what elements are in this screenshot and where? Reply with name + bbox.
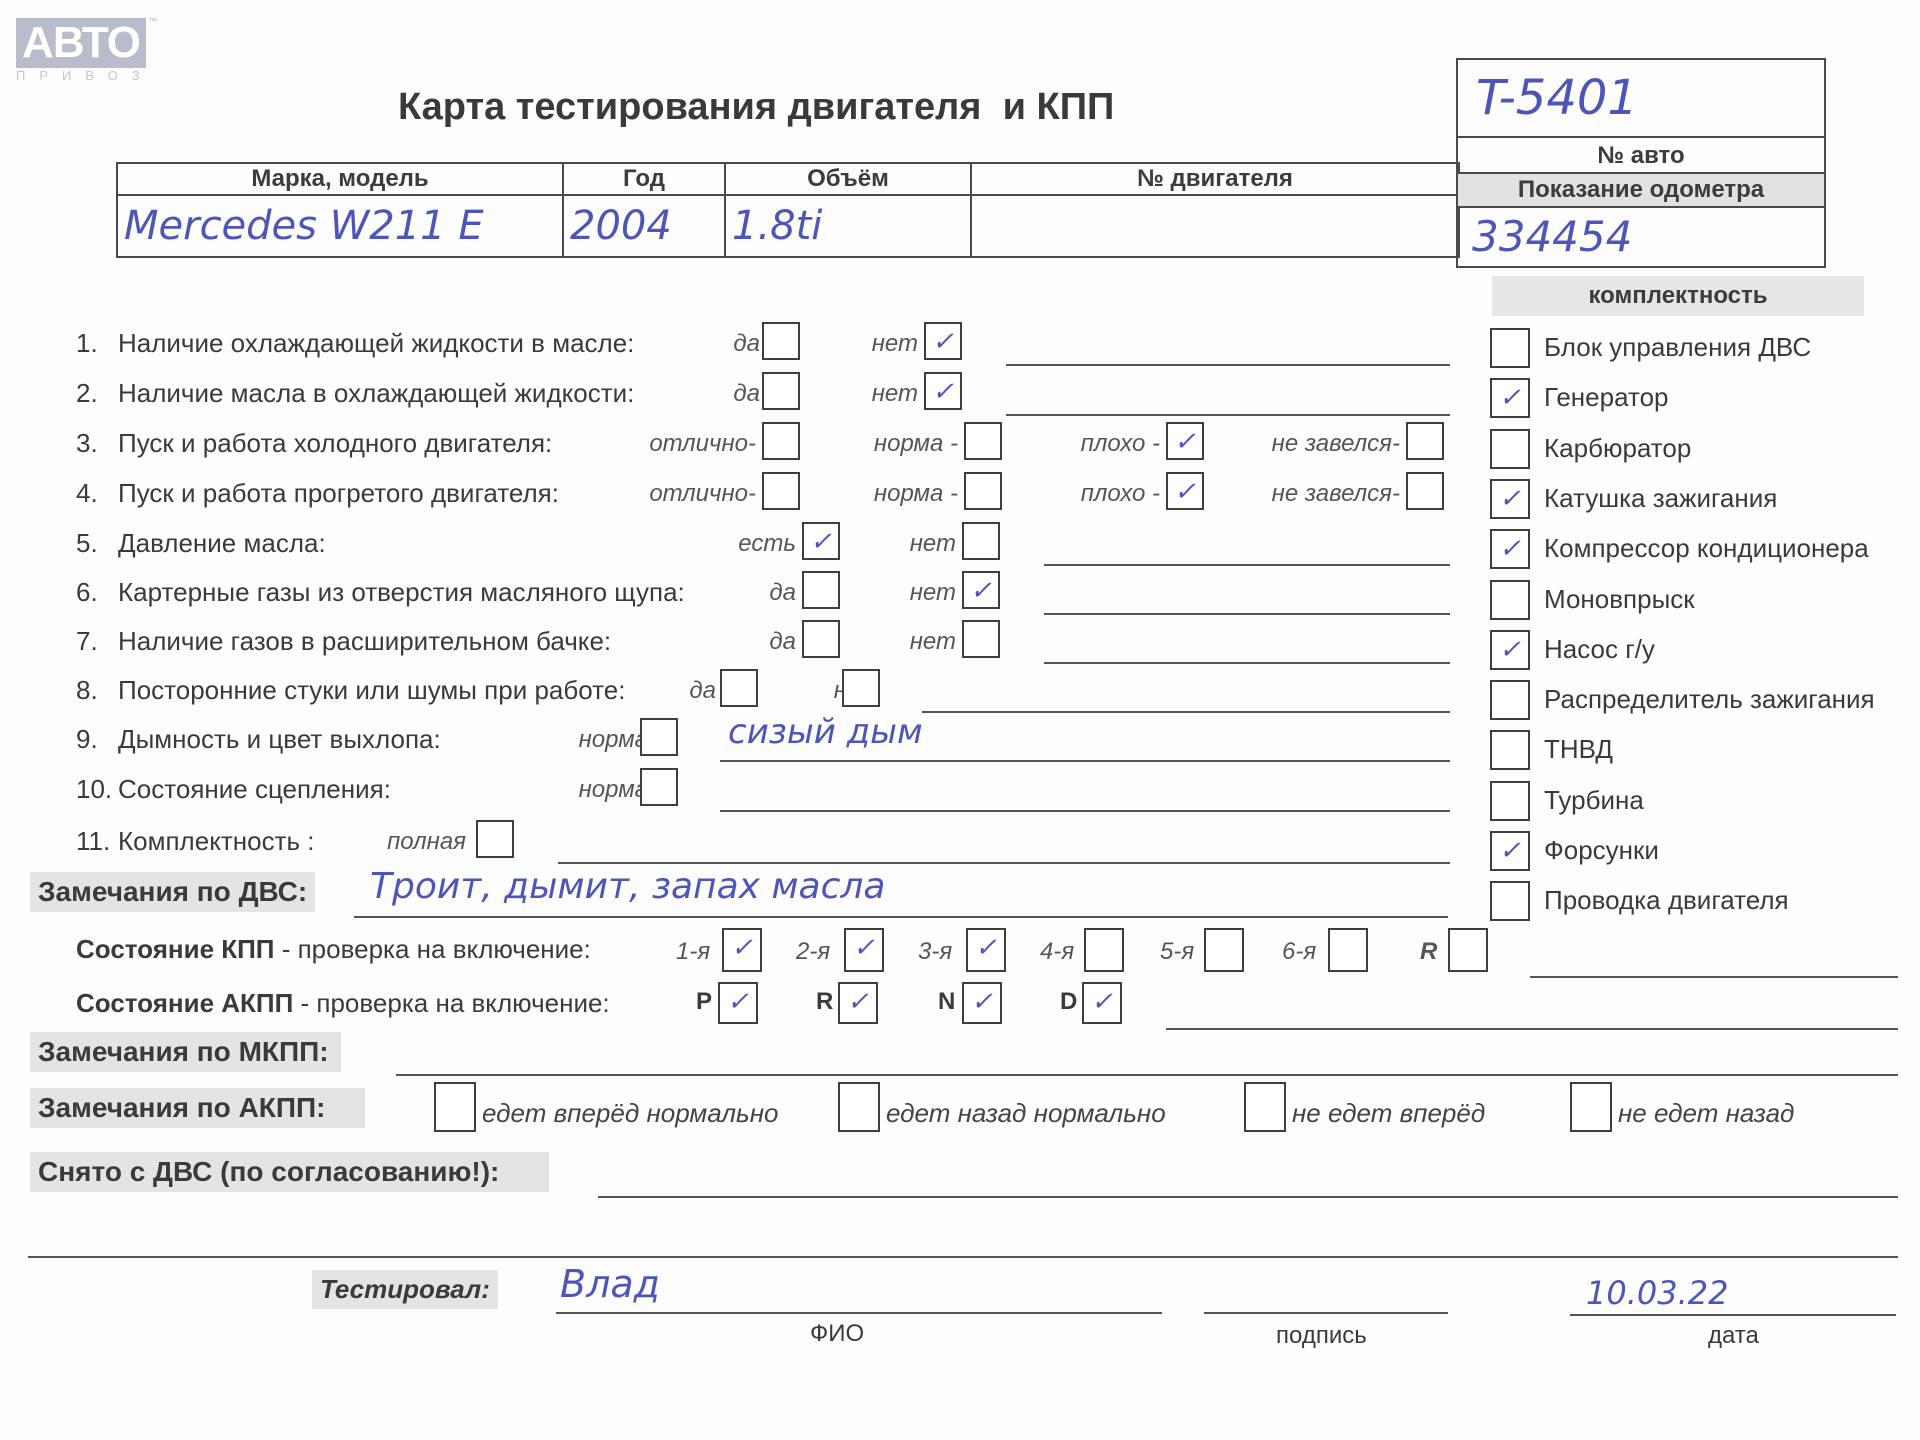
option-label: не завелся- xyxy=(1272,430,1400,458)
question-number: 1. xyxy=(76,328,98,359)
date-line xyxy=(1570,1314,1896,1316)
akpp-position-label: P xyxy=(696,988,712,1016)
completeness-checkbox[interactable]: ✓ xyxy=(1490,630,1530,670)
engine-number-field[interactable] xyxy=(971,195,1459,257)
check-mark-icon: ✓ xyxy=(847,984,869,1018)
option-label: есть xyxy=(738,530,796,558)
volume-field[interactable]: 1.8ti xyxy=(725,195,971,257)
gear-label: 6-я xyxy=(1282,938,1316,966)
akpp-remark-label: едет вперёд нормально xyxy=(482,1098,778,1129)
vehicle-table: Марка, модель Год Объём № двигателя Merc… xyxy=(116,162,1460,258)
option-label: нет xyxy=(910,628,956,656)
akpp-position-checkbox[interactable]: ✓ xyxy=(1082,982,1122,1024)
completeness-item-label: Проводка двигателя xyxy=(1544,885,1789,916)
option-label: нет xyxy=(910,530,956,558)
completeness-checkbox[interactable] xyxy=(1490,580,1530,620)
option-checkbox[interactable] xyxy=(640,718,678,756)
option-checkbox[interactable] xyxy=(640,768,678,806)
removed-line-2[interactable] xyxy=(28,1256,1898,1258)
akpp-remark-label: не едет вперёд xyxy=(1292,1098,1485,1129)
option-checkbox[interactable] xyxy=(1406,422,1444,460)
check-mark-icon: ✓ xyxy=(1499,380,1521,414)
manual-gearbox-line xyxy=(1530,976,1898,978)
option-label: плохо - xyxy=(1081,480,1160,508)
check-mark-icon: ✓ xyxy=(1499,531,1521,565)
check-mark-icon: ✓ xyxy=(1499,481,1521,515)
akpp-remark-checkbox[interactable] xyxy=(1244,1082,1286,1132)
option-checkbox[interactable] xyxy=(964,472,1002,510)
check-mark-icon: ✓ xyxy=(853,930,875,964)
completeness-item-label: Блок управления ДВС xyxy=(1544,332,1811,363)
manual-gearbox-label-bold: Состояние КПП xyxy=(76,934,275,964)
tester-label: Тестировал: xyxy=(312,1270,498,1309)
engine-remarks-label: Замечания по ДВС: xyxy=(30,872,315,912)
option-checkbox[interactable] xyxy=(762,472,800,510)
year-field[interactable]: 2004 xyxy=(563,195,725,257)
gear-checkbox[interactable]: ✓ xyxy=(844,928,884,972)
question-label: Давление масла: xyxy=(118,528,326,559)
question-label: Наличие охлаждающей жидкости в масле: xyxy=(118,328,634,359)
question-label: Комплектность : xyxy=(118,826,315,857)
option-label: нет xyxy=(910,579,956,607)
question-number: 2. xyxy=(76,378,98,409)
option-checkbox[interactable]: ✓ xyxy=(802,522,840,560)
mkpp-remarks-label: Замечания по МКПП: xyxy=(30,1032,341,1072)
completeness-checkbox[interactable] xyxy=(1490,881,1530,921)
option-checkbox[interactable]: ✓ xyxy=(924,372,962,410)
header-engine-number: № двигателя xyxy=(971,163,1459,195)
akpp-remark-label: едет назад нормально xyxy=(886,1098,1166,1129)
completeness-item-label: Турбина xyxy=(1544,785,1644,816)
completeness-checkbox[interactable] xyxy=(1490,328,1530,368)
auto-gearbox-label-rest: - проверка на включение: xyxy=(293,988,609,1018)
akpp-remarks-label: Замечания по АКПП: xyxy=(30,1088,365,1128)
completeness-checkbox[interactable]: ✓ xyxy=(1490,831,1530,871)
akpp-position-checkbox[interactable]: ✓ xyxy=(838,982,878,1024)
question-number: 3. xyxy=(76,428,98,459)
question-number: 5. xyxy=(76,528,98,559)
option-label: плохо - xyxy=(1081,430,1160,458)
mkpp-remarks-line[interactable] xyxy=(396,1074,1898,1076)
question-label: Дымность и цвет выхлопа: xyxy=(118,724,441,755)
akpp-position-checkbox[interactable]: ✓ xyxy=(718,982,758,1024)
option-label: норма - xyxy=(874,430,958,458)
check-mark-icon: ✓ xyxy=(727,984,749,1018)
option-label: норма xyxy=(579,726,648,754)
question-label: Картерные газы из отверстия масляного щу… xyxy=(118,577,685,608)
akpp-position-label: R xyxy=(816,988,833,1016)
check-mark-icon: ✓ xyxy=(975,930,997,964)
logo-subtitle: ПРИВОЗ xyxy=(16,68,154,83)
note-line[interactable] xyxy=(1044,662,1450,664)
check-mark-icon: ✓ xyxy=(810,524,832,558)
completeness-item-label: Форсунки xyxy=(1544,835,1659,866)
akpp-position-label: D xyxy=(1060,988,1077,1016)
option-checkbox[interactable] xyxy=(962,620,1000,658)
completeness-checkbox[interactable]: ✓ xyxy=(1490,378,1530,418)
question-label: Пуск и работа прогретого двигателя: xyxy=(118,478,559,509)
note-line[interactable] xyxy=(922,711,1450,713)
page-title: Карта тестирования двигателя и КПП xyxy=(398,86,1114,129)
question-label: Наличие масла в охлаждающей жидкости: xyxy=(118,378,634,409)
option-checkbox[interactable] xyxy=(762,422,800,460)
car-number-label: № авто xyxy=(1458,138,1824,172)
question-label: Пуск и работа холодного двигателя: xyxy=(118,428,552,459)
option-label: нет xyxy=(872,380,918,408)
gear-checkbox[interactable]: ✓ xyxy=(966,928,1006,972)
question-label: Состояние сцепления: xyxy=(118,774,391,805)
option-label: да xyxy=(733,380,760,408)
check-mark-icon: ✓ xyxy=(1499,632,1521,666)
signature-caption: подпись xyxy=(1276,1322,1367,1350)
car-number-field[interactable]: T-5401 xyxy=(1458,60,1824,138)
completeness-checkbox[interactable] xyxy=(1490,429,1530,469)
option-label: норма - xyxy=(874,480,958,508)
logo: АВТО xyxy=(16,18,146,68)
completeness-checkbox[interactable] xyxy=(1490,781,1530,821)
completeness-item-label: Карбюратор xyxy=(1544,433,1691,464)
question-number: 6. xyxy=(76,577,98,608)
check-mark-icon: ✓ xyxy=(1174,474,1196,508)
odometer-label: Показание одометра xyxy=(1458,172,1824,208)
completeness-checkbox[interactable] xyxy=(1490,680,1530,720)
car-info-box: T-5401 № авто Показание одометра 334454 xyxy=(1456,58,1826,268)
completeness-checkbox[interactable]: ✓ xyxy=(1490,479,1530,519)
check-mark-icon: ✓ xyxy=(932,374,954,408)
completeness-item-label: Распределитель зажигания xyxy=(1544,684,1875,715)
check-mark-icon: ✓ xyxy=(1174,424,1196,458)
option-checkbox[interactable] xyxy=(962,522,1000,560)
completeness-item-label: Моновпрыск xyxy=(1544,584,1695,615)
option-label: да xyxy=(769,579,796,607)
option-checkbox[interactable] xyxy=(762,322,800,360)
engine-remarks-field[interactable]: Троит, дымит, запах масла xyxy=(370,866,885,907)
make-model-field[interactable]: Mercedes W211 E xyxy=(117,195,563,257)
note-line[interactable] xyxy=(720,810,1450,812)
question-number: 9. xyxy=(76,724,98,755)
option-checkbox[interactable] xyxy=(720,669,758,707)
check-mark-icon: ✓ xyxy=(971,984,993,1018)
option-checkbox[interactable] xyxy=(1406,472,1444,510)
check-mark-icon: ✓ xyxy=(970,573,992,607)
header-volume: Объём xyxy=(725,163,971,195)
gear-checkbox[interactable] xyxy=(1328,928,1368,972)
option-label: норма xyxy=(579,776,648,804)
option-checkbox[interactable] xyxy=(842,669,880,707)
engine-remarks-line xyxy=(354,916,1448,918)
tester-name-field[interactable]: Влад xyxy=(560,1262,660,1306)
completeness-item-label: Насос г/у xyxy=(1544,634,1655,665)
akpp-remark-checkbox[interactable] xyxy=(434,1082,476,1132)
signature-line[interactable] xyxy=(1204,1312,1448,1314)
odometer-field[interactable]: 334454 xyxy=(1458,208,1824,266)
question-number: 10. xyxy=(76,774,112,805)
question-label: Посторонние стуки или шумы при работе: xyxy=(118,675,625,706)
completeness-item-label: ТНВД xyxy=(1544,734,1613,765)
akpp-position-label: N xyxy=(938,988,955,1016)
option-checkbox[interactable] xyxy=(762,372,800,410)
option-checkbox[interactable]: ✓ xyxy=(1166,472,1204,510)
gear-checkbox[interactable]: ✓ xyxy=(722,928,762,972)
note-line[interactable] xyxy=(1006,414,1450,416)
option-label: да xyxy=(733,330,760,358)
completeness-item-label: Генератор xyxy=(1544,382,1669,413)
option-checkbox[interactable]: ✓ xyxy=(1166,422,1204,460)
completeness-header: комплектность xyxy=(1492,276,1864,316)
gear-label: R xyxy=(1420,938,1437,966)
auto-gearbox-label-bold: Состояние АКПП xyxy=(76,988,293,1018)
auto-gearbox-label: Состояние АКПП - проверка на включение: xyxy=(76,988,610,1019)
option-checkbox[interactable] xyxy=(802,620,840,658)
date-caption: дата xyxy=(1708,1322,1759,1350)
check-mark-icon: ✓ xyxy=(1499,833,1521,867)
completeness-checkbox[interactable]: ✓ xyxy=(1490,529,1530,569)
note-line[interactable] xyxy=(1044,564,1450,566)
question-number: 8. xyxy=(76,675,98,706)
option-label: да xyxy=(769,628,796,656)
header-make-model: Марка, модель xyxy=(117,163,563,195)
option-checkbox[interactable] xyxy=(802,571,840,609)
akpp-remark-label: не едет назад xyxy=(1618,1098,1794,1129)
akpp-position-checkbox[interactable]: ✓ xyxy=(962,982,1002,1024)
completeness-item-label: Компрессор кондиционера xyxy=(1544,533,1869,564)
gear-label: 5-я xyxy=(1160,938,1194,966)
note-line[interactable] xyxy=(1006,364,1450,366)
completeness-checkbox[interactable] xyxy=(1490,730,1530,770)
option-label: полная xyxy=(387,828,466,856)
date-field[interactable]: 10.03.22 xyxy=(1586,1274,1729,1312)
option-checkbox[interactable]: ✓ xyxy=(924,322,962,360)
gear-label: 3-я xyxy=(918,938,952,966)
option-label: отлично- xyxy=(649,430,756,458)
option-checkbox[interactable] xyxy=(476,820,514,858)
question-number: 4. xyxy=(76,478,98,509)
manual-gearbox-label: Состояние КПП - проверка на включение: xyxy=(76,934,591,965)
question-number: 11. xyxy=(76,826,110,857)
option-checkbox[interactable] xyxy=(964,422,1002,460)
auto-gearbox-line xyxy=(1166,1028,1898,1030)
manual-gearbox-label-rest: - проверка на включение: xyxy=(275,934,591,964)
removed-label: Снято с ДВС (по согласованию!): xyxy=(30,1152,549,1192)
note-field[interactable]: сизый дым xyxy=(728,712,923,752)
option-checkbox[interactable]: ✓ xyxy=(962,571,1000,609)
check-mark-icon: ✓ xyxy=(1091,984,1113,1018)
question-label: Наличие газов в расширительном бачке: xyxy=(118,626,611,657)
logo-trademark: ™ xyxy=(148,16,157,26)
removed-line[interactable] xyxy=(598,1196,1898,1198)
akpp-remark-checkbox[interactable] xyxy=(838,1082,880,1132)
gear-checkbox[interactable] xyxy=(1448,928,1488,972)
option-label: не завелся- xyxy=(1272,480,1400,508)
note-line[interactable] xyxy=(720,760,1450,762)
completeness-item-label: Катушка зажигания xyxy=(1544,483,1777,514)
gear-label: 1-я xyxy=(676,938,710,966)
tester-name-line xyxy=(556,1312,1162,1314)
akpp-remark-checkbox[interactable] xyxy=(1570,1082,1612,1132)
note-line[interactable] xyxy=(558,862,1450,864)
question-number: 7. xyxy=(76,626,98,657)
gear-checkbox[interactable] xyxy=(1204,928,1244,972)
note-line[interactable] xyxy=(1044,613,1450,615)
option-label: да xyxy=(689,677,716,705)
check-mark-icon: ✓ xyxy=(932,324,954,358)
header-year: Год xyxy=(563,163,725,195)
tester-name-caption: ФИО xyxy=(810,1320,864,1348)
option-label: отлично- xyxy=(649,480,756,508)
option-label: нет xyxy=(872,330,918,358)
gear-label: 4-я xyxy=(1040,938,1074,966)
check-mark-icon: ✓ xyxy=(731,930,753,964)
gear-label: 2-я xyxy=(796,938,830,966)
gear-checkbox[interactable] xyxy=(1084,928,1124,972)
